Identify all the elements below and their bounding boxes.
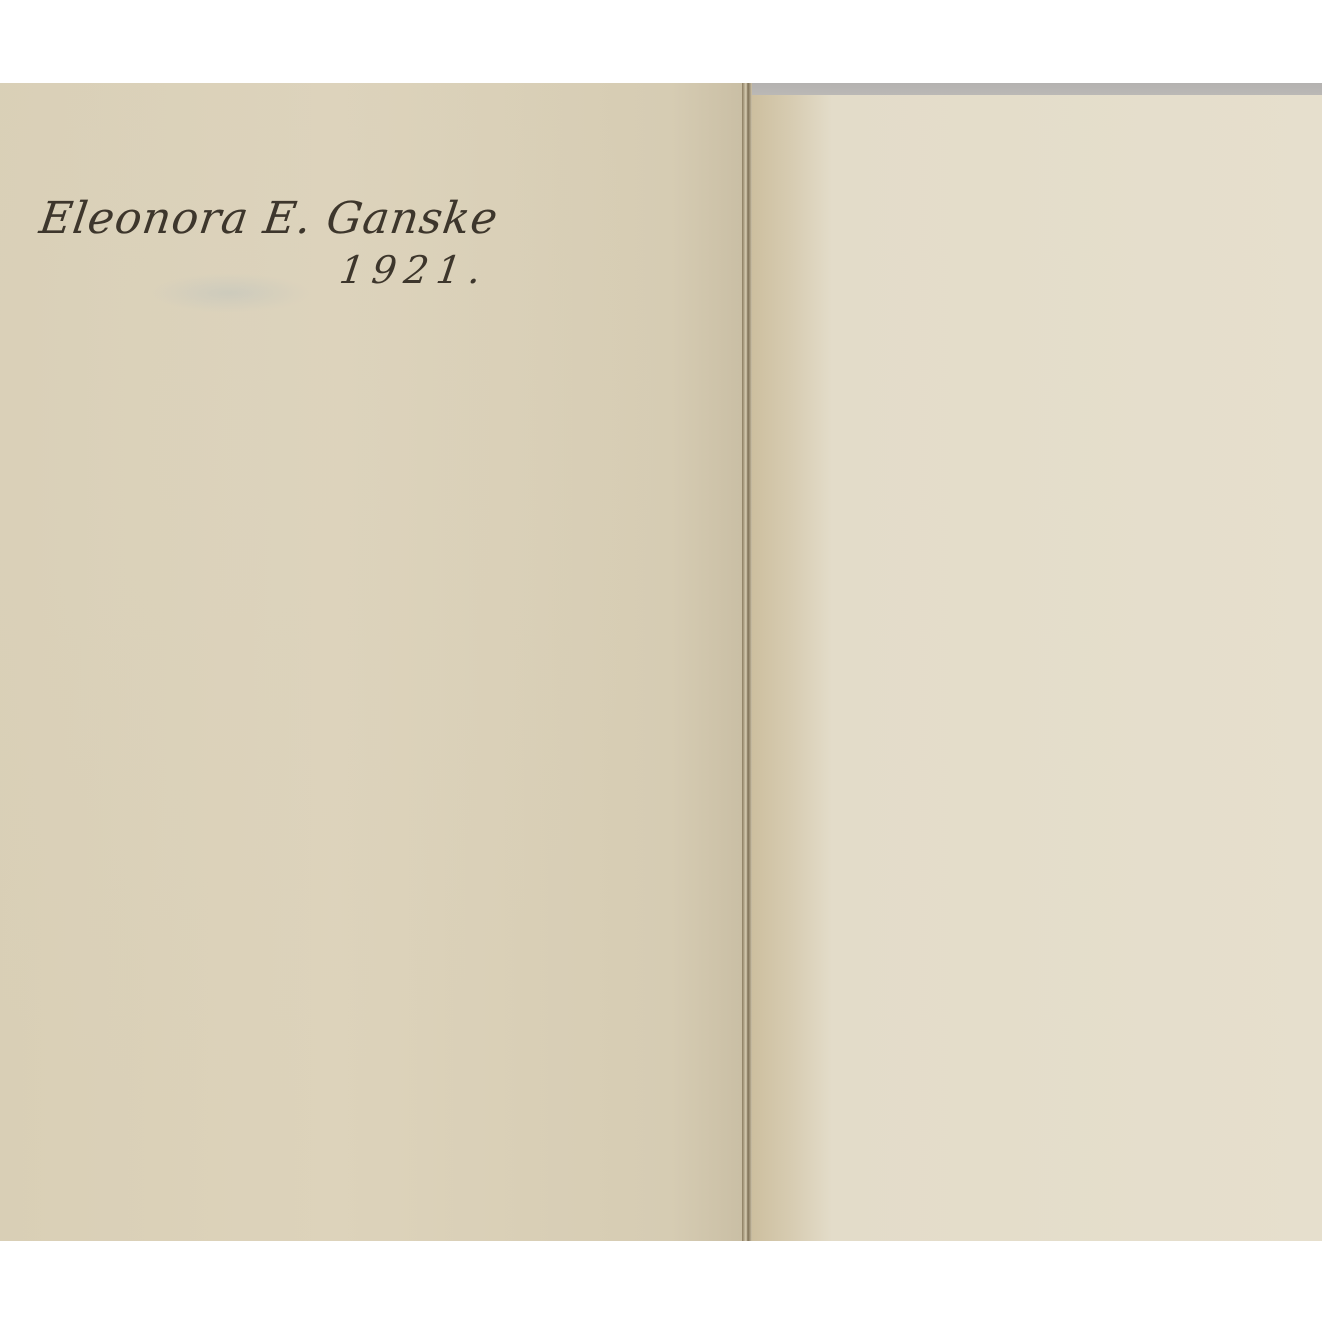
inscription-name: Eleonora E. Ganske	[36, 193, 501, 244]
book-gutter	[742, 83, 752, 1241]
left-page: Eleonora E. Ganske 1921.	[0, 83, 745, 1241]
right-page	[752, 95, 1322, 1241]
handwritten-inscription: Eleonora E. Ganske 1921.	[40, 193, 498, 292]
book-photo: Eleonora E. Ganske 1921.	[0, 83, 1322, 1241]
inscription-year: 1921.	[337, 248, 501, 292]
